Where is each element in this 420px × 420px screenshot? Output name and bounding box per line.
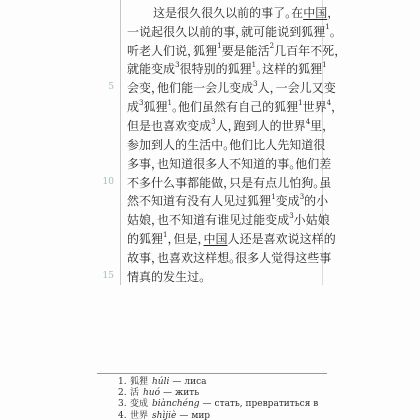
hanzi-char: 变 bbox=[187, 117, 199, 134]
hanzi-char: 人 bbox=[259, 249, 271, 266]
footnote-pinyin: huó bbox=[143, 388, 160, 398]
hanzi-char: 世 bbox=[282, 117, 294, 134]
hanzi-char: 很 bbox=[313, 136, 325, 153]
hanzi-char: 知 bbox=[241, 155, 253, 172]
hanzi-char: 加 bbox=[139, 136, 151, 153]
hanzi-char: 过 bbox=[235, 192, 247, 209]
hanzi-char: 也 bbox=[157, 249, 169, 266]
hanzi-char: 很 bbox=[163, 23, 175, 40]
hanzi-char: 事 bbox=[223, 23, 235, 40]
hanzi-char: 变 bbox=[151, 60, 163, 77]
hanzi-char: 们 bbox=[169, 79, 181, 96]
hanzi-char: 这 bbox=[193, 249, 205, 266]
hanzi-char: 生 bbox=[187, 136, 199, 153]
footnote-hanzi: 变成 bbox=[130, 399, 148, 409]
hanzi-char: 他 bbox=[229, 136, 241, 153]
hanzi-char: 很 bbox=[180, 60, 192, 77]
hanzi-char: 变 bbox=[324, 79, 336, 96]
hanzi-char: 欢 bbox=[175, 117, 187, 134]
hanzi-char: 狸 bbox=[205, 42, 217, 59]
hanzi-char: 些 bbox=[307, 249, 319, 266]
hanzi-char: 狐 bbox=[301, 23, 313, 40]
hanzi-char: 是 bbox=[186, 230, 198, 247]
hanzi-char: 也 bbox=[151, 117, 163, 134]
footnote-item: 2.活huó—жить bbox=[118, 388, 338, 399]
hanzi-char: 变 bbox=[229, 79, 241, 96]
hanzi-char: 只 bbox=[229, 174, 241, 191]
hanzi-char: 的 bbox=[127, 230, 139, 247]
hanzi-char: 虽 bbox=[202, 98, 214, 115]
text-line: 参加到人的生活中。他们比人先知道很 bbox=[127, 135, 319, 154]
hanzi-char: 能 bbox=[181, 79, 193, 96]
hanzi-char: 人 bbox=[228, 230, 240, 247]
hanzi-char: 比 bbox=[253, 136, 265, 153]
hanzi-char: 样 bbox=[205, 249, 217, 266]
text-line: 故事，也喜欢这样想。很多人觉得这些事 bbox=[127, 248, 319, 267]
hanzi-char: 世 bbox=[303, 98, 315, 115]
hanzi-char: 姑 bbox=[306, 211, 318, 228]
hanzi-char: 听 bbox=[127, 42, 139, 59]
hanzi-char: 老 bbox=[139, 42, 151, 59]
hanzi-char: 想 bbox=[217, 249, 229, 266]
hanzi-char: 得 bbox=[283, 249, 295, 266]
hanzi-char: 事 bbox=[139, 249, 151, 266]
hanzi-char: 久 bbox=[175, 23, 187, 40]
footnote-translation: стать, превратиться в bbox=[215, 399, 319, 409]
hanzi-char: 他 bbox=[295, 155, 307, 172]
hanzi-char: 狐 bbox=[274, 98, 286, 115]
footnote-item: 1.狐狸húli—лиса bbox=[118, 377, 338, 388]
hanzi-char: 人 bbox=[258, 117, 270, 134]
hanzi-char: 不 bbox=[169, 211, 181, 228]
hanzi-char: 狗 bbox=[301, 174, 313, 191]
footnote-dash: — bbox=[172, 377, 181, 387]
text-line: 就能变成3很特别的狐狸1。这样的狐狸1 bbox=[127, 60, 319, 79]
hanzi-char: 都 bbox=[187, 174, 199, 191]
book-page: 51015 这是很久很久以前的事了。在中国，一说起很久以前的事，就可能说到狐狸1… bbox=[0, 0, 420, 420]
text-line: 听老人们说，狐狸1要是能活2几百年不死， bbox=[127, 41, 319, 60]
hanzi-char: 以 bbox=[187, 23, 199, 40]
hanzi-char: 活 bbox=[258, 42, 270, 59]
hanzi-char: 觉 bbox=[271, 249, 283, 266]
hanzi-char: 样 bbox=[312, 230, 324, 247]
hanzi-char: 能 bbox=[265, 23, 277, 40]
hanzi-char: 中 bbox=[211, 136, 223, 153]
footnote-pinyin: shìjiè bbox=[152, 411, 176, 420]
hanzi-char: 谁 bbox=[217, 211, 229, 228]
hanzi-char: 能 bbox=[199, 174, 211, 191]
hanzi-char: 儿 bbox=[277, 174, 289, 191]
hanzi-char: 样 bbox=[274, 60, 286, 77]
hanzi-char: 前 bbox=[199, 23, 211, 40]
text-line: 多事，也知道很多人不知道的事。他们差 bbox=[127, 154, 319, 173]
hanzi-char: 真 bbox=[139, 268, 151, 285]
hanzi-char: 到 bbox=[289, 23, 301, 40]
hanzi-char: 故 bbox=[127, 249, 139, 266]
proper-noun-underlined: 中国 bbox=[204, 230, 228, 247]
hanzi-char: 欢 bbox=[276, 230, 288, 247]
hanzi-char: 的 bbox=[304, 192, 316, 209]
hanzi-char: 有 bbox=[175, 192, 187, 209]
hanzi-char: 成 bbox=[127, 98, 139, 115]
hanzi-char: 事 bbox=[277, 155, 289, 172]
hanzi-char: 做 bbox=[211, 174, 223, 191]
hanzi-char: 说 bbox=[139, 23, 151, 40]
hanzi-char: 但 bbox=[127, 117, 139, 134]
hanzi-char: 别 bbox=[204, 60, 216, 77]
hanzi-char: 没 bbox=[187, 192, 199, 209]
hanzi-char: 死 bbox=[322, 42, 334, 59]
hanzi-char: 成 bbox=[241, 79, 253, 96]
hanzi-char: 人 bbox=[216, 117, 228, 134]
hanzi-char: 的 bbox=[286, 60, 298, 77]
hanzi-char: 这 bbox=[262, 60, 274, 77]
hanzi-char: 起 bbox=[151, 23, 163, 40]
footnote-number: 2. bbox=[118, 388, 128, 399]
hanzi-char: 。 bbox=[199, 268, 205, 285]
hanzi-char: 变 bbox=[265, 211, 277, 228]
hanzi-char: 多 bbox=[205, 155, 217, 172]
hanzi-char: 就 bbox=[127, 60, 139, 77]
hanzi-char: 小 bbox=[294, 211, 306, 228]
hanzi-char: 不 bbox=[310, 42, 322, 59]
hanzi-char: 说 bbox=[175, 42, 187, 59]
hanzi-char: 是 bbox=[241, 174, 253, 191]
hanzi-char: 怕 bbox=[289, 174, 301, 191]
hanzi-char: 前 bbox=[237, 4, 249, 21]
hanzi-char: 们 bbox=[241, 136, 253, 153]
hanzi-char: 的 bbox=[151, 268, 163, 285]
hanzi-char: 的 bbox=[262, 98, 274, 115]
hanzi-char: 知 bbox=[169, 155, 181, 172]
hanzi-char: 变 bbox=[276, 192, 288, 209]
hanzi-char: 是 bbox=[139, 117, 151, 134]
hanzi-char: 的 bbox=[324, 230, 336, 247]
story-text: 这是很久很久以前的事了。在中国，一说起很久以前的事，就可能说到狐狸1。听老人们说… bbox=[127, 3, 319, 286]
hanzi-char: 很 bbox=[201, 4, 213, 21]
hanzi-char: 点 bbox=[265, 174, 277, 191]
hanzi-char: 能 bbox=[139, 60, 151, 77]
text-line: 然不知道有没有人见过狐狸1变成3的小 bbox=[127, 191, 319, 210]
hanzi-char: 有 bbox=[226, 98, 238, 115]
hanzi-char: 狐 bbox=[247, 192, 259, 209]
text-line: 成3狐狸1。他们虽然有自己的狐狸1世界4， bbox=[127, 97, 319, 116]
footnote-translation: лиса bbox=[184, 377, 206, 387]
hanzi-char: 很 bbox=[193, 155, 205, 172]
line-number: 10 bbox=[92, 173, 114, 192]
text-line: 不多什么事都能做，只是有点儿怕狗。虽 bbox=[127, 173, 319, 192]
hanzi-char: 的 bbox=[265, 155, 277, 172]
hanzi-char: 界 bbox=[315, 98, 327, 115]
hanzi-char: 差 bbox=[319, 155, 331, 172]
hanzi-char: 人 bbox=[258, 79, 270, 96]
hanzi-char: 虽 bbox=[319, 174, 331, 191]
hanzi-char: 要 bbox=[222, 42, 234, 59]
hanzi-char: 界 bbox=[294, 117, 306, 134]
hanzi-char: 过 bbox=[187, 268, 199, 285]
hanzi-char: 人 bbox=[265, 136, 277, 153]
hanzi-char: 有 bbox=[253, 174, 265, 191]
hanzi-char: 说 bbox=[288, 230, 300, 247]
hanzi-char: 很 bbox=[235, 249, 247, 266]
hanzi-char: 还 bbox=[240, 230, 252, 247]
hanzi-char: 成 bbox=[288, 192, 300, 209]
hanzi-char: 们 bbox=[163, 42, 175, 59]
text-line: 姑娘，也不知道有谁见过能变成3小姑娘 bbox=[127, 210, 319, 229]
hanzi-char: 事 bbox=[261, 4, 273, 21]
hanzi-char: 狸 bbox=[313, 23, 325, 40]
hanzi-char: 儿 bbox=[300, 79, 312, 96]
footnote-pinyin: húli bbox=[152, 377, 169, 387]
hanzi-char: 特 bbox=[192, 60, 204, 77]
hanzi-char: 成 bbox=[277, 211, 289, 228]
hanzi-char: 又 bbox=[312, 79, 324, 96]
hanzi-char: 们 bbox=[307, 155, 319, 172]
hanzi-char: 人 bbox=[151, 42, 163, 59]
hanzi-char: 成 bbox=[199, 117, 211, 134]
footnote-dash: — bbox=[203, 399, 212, 409]
footnote-dash: — bbox=[163, 388, 172, 398]
hanzi-char: 娘 bbox=[139, 211, 151, 228]
hanzi-char: 说 bbox=[277, 23, 289, 40]
line-number: 15 bbox=[92, 267, 114, 286]
hanzi-char: ， bbox=[322, 117, 328, 134]
hanzi-char: 不 bbox=[229, 155, 241, 172]
hanzi-char: 狸 bbox=[151, 230, 163, 247]
hanzi-char: 是 bbox=[252, 230, 264, 247]
hanzi-char: 狐 bbox=[298, 60, 310, 77]
hanzi-char: 道 bbox=[181, 155, 193, 172]
hanzi-char: 百 bbox=[286, 42, 298, 59]
footnote-hanzi: 活 bbox=[130, 388, 139, 398]
footnote-dash: — bbox=[179, 411, 188, 420]
hanzi-char: 的 bbox=[270, 117, 282, 134]
hanzi-char: 道 bbox=[193, 211, 205, 228]
hanzi-char: 不 bbox=[139, 192, 151, 209]
hanzi-char: ， bbox=[331, 98, 337, 115]
footnote-number: 1. bbox=[118, 377, 128, 388]
hanzi-char: 然 bbox=[214, 98, 226, 115]
hanzi-char: 事 bbox=[175, 174, 187, 191]
footnote-translation: жить bbox=[175, 388, 199, 398]
hanzi-char: 多 bbox=[247, 249, 259, 266]
hanzi-char: 自 bbox=[238, 98, 250, 115]
hanzi-char: 欢 bbox=[181, 249, 193, 266]
footnote-number: 3. bbox=[118, 399, 128, 410]
hanzi-char: 会 bbox=[205, 79, 217, 96]
hanzi-char: 狸 bbox=[156, 98, 168, 115]
hanzi-char: 狐 bbox=[228, 60, 240, 77]
hanzi-char: 以 bbox=[225, 4, 237, 21]
hanzi-char: 在 bbox=[291, 4, 303, 21]
hanzi-char: 他 bbox=[157, 79, 169, 96]
hanzi-char: 一 bbox=[127, 23, 139, 40]
footnote-item: 3.变成biànchéng—стать, превратиться в bbox=[118, 399, 338, 410]
text-line: 这是很久很久以前的事了。在中国， bbox=[127, 3, 319, 22]
hanzi-char: 狐 bbox=[143, 98, 155, 115]
hanzi-char: 姑 bbox=[127, 211, 139, 228]
hanzi-char: 道 bbox=[301, 136, 313, 153]
hanzi-char: 狐 bbox=[193, 42, 205, 59]
hanzi-char: 事 bbox=[139, 155, 151, 172]
hanzi-char: 人 bbox=[217, 155, 229, 172]
hanzi-char: 也 bbox=[157, 211, 169, 228]
hanzi-char: 久 bbox=[189, 4, 201, 21]
hanzi-char: 跑 bbox=[234, 117, 246, 134]
hanzi-char: 见 bbox=[223, 192, 235, 209]
hanzi-char: 道 bbox=[253, 155, 265, 172]
hanzi-char: 的 bbox=[216, 60, 228, 77]
text-line: 一说起很久以前的事，就可能说到狐狸1。 bbox=[127, 22, 319, 41]
hanzi-char: 这 bbox=[153, 4, 165, 21]
hanzi-char: 了 bbox=[273, 4, 285, 21]
hanzi-char: 但 bbox=[174, 230, 186, 247]
footnote-hanzi: 狐狸 bbox=[130, 377, 148, 387]
hanzi-char: 生 bbox=[175, 268, 187, 285]
hanzi-char: 人 bbox=[211, 192, 223, 209]
text-frame-left-rule bbox=[120, 0, 121, 285]
hanzi-char: 事 bbox=[319, 249, 331, 266]
hanzi-char: 也 bbox=[157, 155, 169, 172]
hanzi-char: 狸 bbox=[310, 60, 322, 77]
hanzi-char: 有 bbox=[199, 192, 211, 209]
hanzi-char: 们 bbox=[190, 98, 202, 115]
hanzi-char: 狸 bbox=[240, 60, 252, 77]
line-number: 5 bbox=[92, 78, 114, 97]
hanzi-char: 儿 bbox=[217, 79, 229, 96]
hanzi-char: 参 bbox=[127, 136, 139, 153]
hanzi-char: 很 bbox=[177, 4, 189, 21]
hanzi-char: 是 bbox=[165, 4, 177, 21]
footnote-translation: мир bbox=[191, 411, 210, 420]
hanzi-char: 己 bbox=[250, 98, 262, 115]
hanzi-char: 有 bbox=[205, 211, 217, 228]
footnote-ref: 1 bbox=[322, 61, 326, 69]
hanzi-char: 小 bbox=[316, 192, 328, 209]
hanzi-char: 狸 bbox=[259, 192, 271, 209]
hanzi-char: 到 bbox=[151, 136, 163, 153]
footnote-hanzi: 世界 bbox=[130, 411, 148, 420]
hanzi-char: 一 bbox=[276, 79, 288, 96]
hanzi-char: 成 bbox=[163, 60, 175, 77]
hanzi-char: 知 bbox=[181, 211, 193, 228]
hanzi-char: 狸 bbox=[286, 98, 298, 115]
hanzi-char: 喜 bbox=[163, 117, 175, 134]
proper-noun-underlined: 中国 bbox=[303, 4, 327, 21]
hanzi-char: 里 bbox=[310, 117, 322, 134]
hanzi-char: 一 bbox=[193, 79, 205, 96]
hanzi-char: 狐 bbox=[139, 230, 151, 247]
hanzi-char: 发 bbox=[163, 268, 175, 285]
footnotes-list: 1.狐狸húli—лиса2.活huó—жить3.变成biànchéng—ст… bbox=[118, 377, 338, 420]
hanzi-char: 是 bbox=[234, 42, 246, 59]
hanzi-char: 过 bbox=[241, 211, 253, 228]
hanzi-char: 变 bbox=[139, 79, 151, 96]
hanzi-char: 喜 bbox=[264, 230, 276, 247]
hanzi-char: 不 bbox=[127, 174, 139, 191]
hanzi-char: 的 bbox=[249, 4, 261, 21]
hanzi-char: 见 bbox=[229, 211, 241, 228]
hanzi-char: 活 bbox=[199, 136, 211, 153]
hanzi-char: 就 bbox=[241, 23, 253, 40]
hanzi-char: 的 bbox=[175, 136, 187, 153]
hanzi-char: 久 bbox=[213, 4, 225, 21]
text-line: 的狐狸1，但是，中国人还是喜欢说这样的 bbox=[127, 229, 319, 248]
hanzi-char: 人 bbox=[163, 136, 175, 153]
hanzi-char: 然 bbox=[127, 192, 139, 209]
hanzi-char: 知 bbox=[289, 136, 301, 153]
hanzi-char: 他 bbox=[178, 98, 190, 115]
footnote-separator bbox=[97, 373, 327, 374]
hanzi-char: 这 bbox=[295, 249, 307, 266]
hanzi-char: 的 bbox=[211, 23, 223, 40]
hanzi-char: 这 bbox=[300, 230, 312, 247]
hanzi-char: ， bbox=[334, 42, 340, 59]
hanzi-char: 道 bbox=[163, 192, 175, 209]
hanzi-char: 可 bbox=[253, 23, 265, 40]
footnote-number: 4. bbox=[118, 411, 128, 420]
hanzi-char: ， bbox=[327, 4, 333, 21]
text-line: 但是也喜欢变成3人，跑到人的世界4里， bbox=[127, 116, 319, 135]
hanzi-char: 。 bbox=[330, 23, 336, 40]
footnote-pinyin: biànchéng bbox=[152, 399, 200, 409]
hanzi-char: 几 bbox=[274, 42, 286, 59]
hanzi-char: 会 bbox=[127, 79, 139, 96]
text-line: 会变，他们能一会儿变成3人，一会儿又变 bbox=[127, 78, 319, 97]
hanzi-char: 能 bbox=[253, 211, 265, 228]
hanzi-char: 会 bbox=[288, 79, 300, 96]
hanzi-char: 多 bbox=[127, 155, 139, 172]
hanzi-char: 年 bbox=[298, 42, 310, 59]
hanzi-char: 能 bbox=[246, 42, 258, 59]
hanzi-char: 多 bbox=[139, 174, 151, 191]
hanzi-char: 喜 bbox=[169, 249, 181, 266]
hanzi-char: 娘 bbox=[318, 211, 330, 228]
hanzi-char: 先 bbox=[277, 136, 289, 153]
hanzi-char: 到 bbox=[246, 117, 258, 134]
hanzi-char: 知 bbox=[151, 192, 163, 209]
text-line: 情真的发生过。 bbox=[127, 267, 319, 286]
hanzi-char: 么 bbox=[163, 174, 175, 191]
hanzi-char: 什 bbox=[151, 174, 163, 191]
footnote-item: 4.世界shìjiè—мир bbox=[118, 411, 338, 420]
hanzi-char: 情 bbox=[127, 268, 139, 285]
